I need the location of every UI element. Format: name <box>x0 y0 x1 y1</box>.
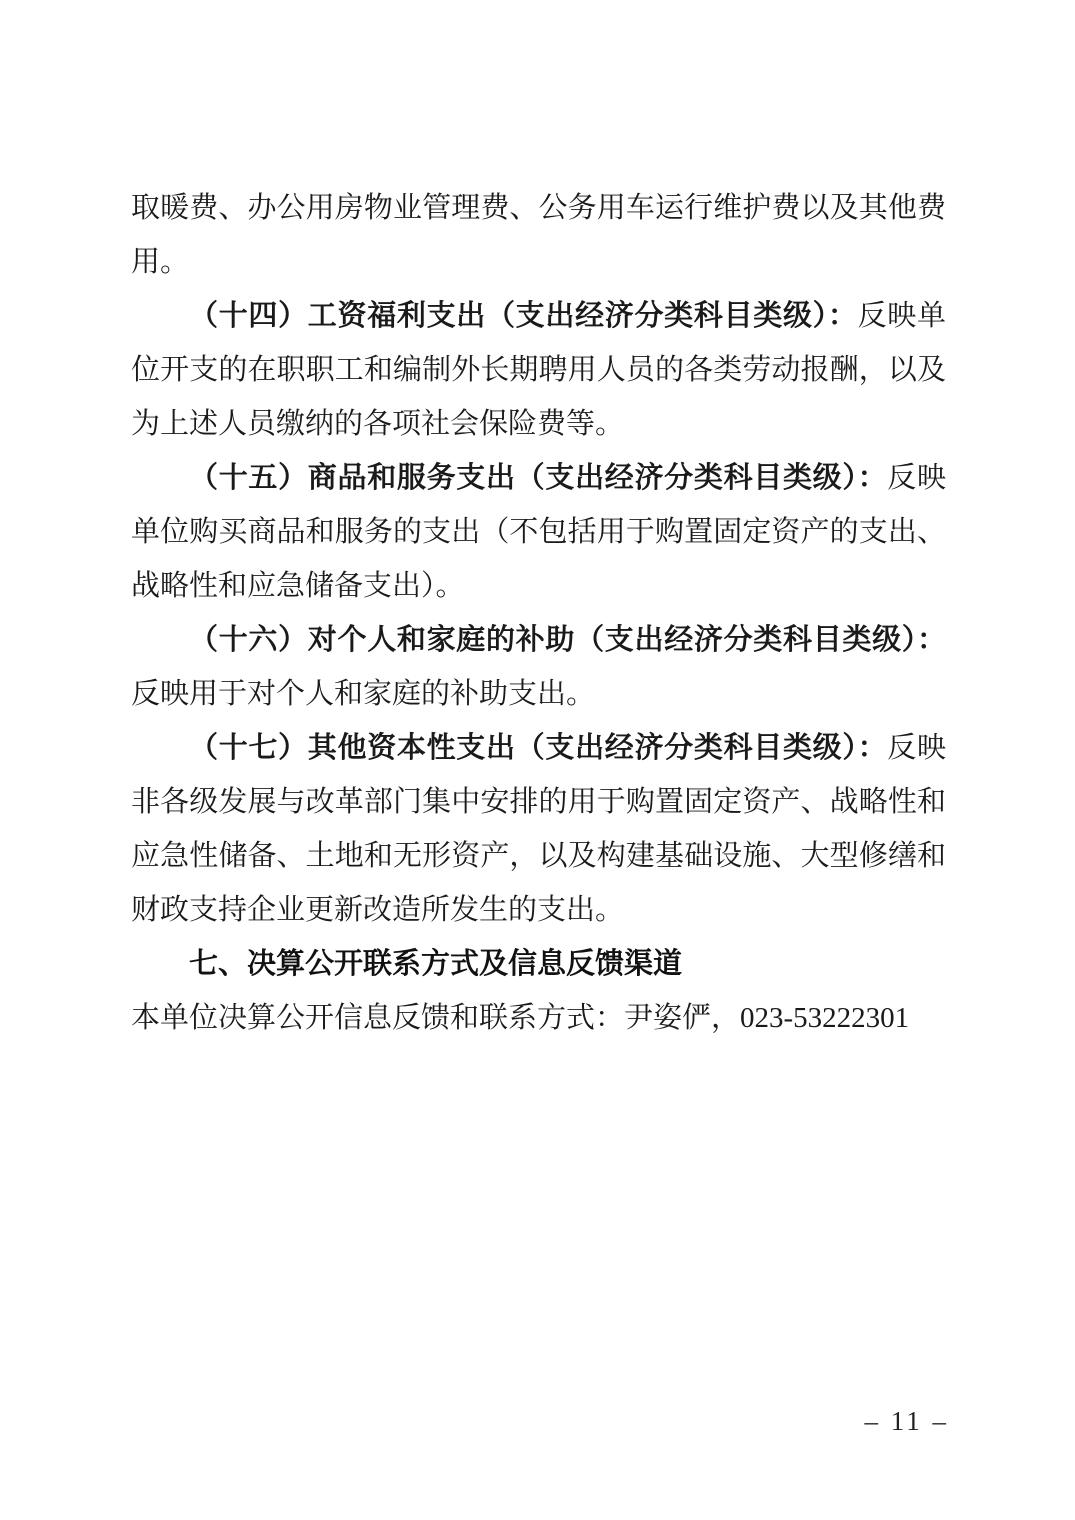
paragraph-item-15: （十五）商品和服务支出（支出经济分类科目类级）：反映单位购买商品和服务的支出（不… <box>131 451 946 613</box>
paragraph-item-16-lead: （十六）对个人和家庭的补助（支出经济分类科目类级）： <box>189 624 946 656</box>
document-body: 取暖费、办公用房物业管理费、公务用车运行维护费以及其他费用。 （十四）工资福利支… <box>131 181 946 1045</box>
section-heading: 七、决算公开联系方式及信息反馈渠道 <box>131 937 946 991</box>
paragraph-expense-continuation: 取暖费、办公用房物业管理费、公务用车运行维护费以及其他费用。 <box>131 181 946 289</box>
paragraph-item-14-lead: （十四）工资福利支出（支出经济分类科目类级）： <box>189 300 858 332</box>
paragraph-item-15-lead: （十五）商品和服务支出（支出经济分类科目类级）： <box>189 462 887 494</box>
paragraph-item-17-lead: （十七）其他资本性支出（支出经济分类科目类级）： <box>189 732 887 764</box>
document-page: 取暖费、办公用房物业管理费、公务用车运行维护费以及其他费用。 （十四）工资福利支… <box>0 0 1075 1520</box>
paragraph-item-17: （十七）其他资本性支出（支出经济分类科目类级）：反映非各级发展与改革部门集中安排… <box>131 721 946 937</box>
page-number: – 11 – <box>865 1408 950 1435</box>
paragraph-item-14: （十四）工资福利支出（支出经济分类科目类级）：反映单位开支的在职职工和编制外长期… <box>131 289 946 451</box>
paragraph-expense-continuation-text: 取暖费、办公用房物业管理费、公务用车运行维护费以及其他费用。 <box>131 192 946 278</box>
paragraph-item-16: （十六）对个人和家庭的补助（支出经济分类科目类级）：反映用于对个人和家庭的补助支… <box>131 613 946 721</box>
contact-line: 本单位决算公开信息反馈和联系方式：尹姿俨，023-53222301 <box>131 991 946 1045</box>
paragraph-item-16-text: 反映用于对个人和家庭的补助支出。 <box>131 678 595 710</box>
